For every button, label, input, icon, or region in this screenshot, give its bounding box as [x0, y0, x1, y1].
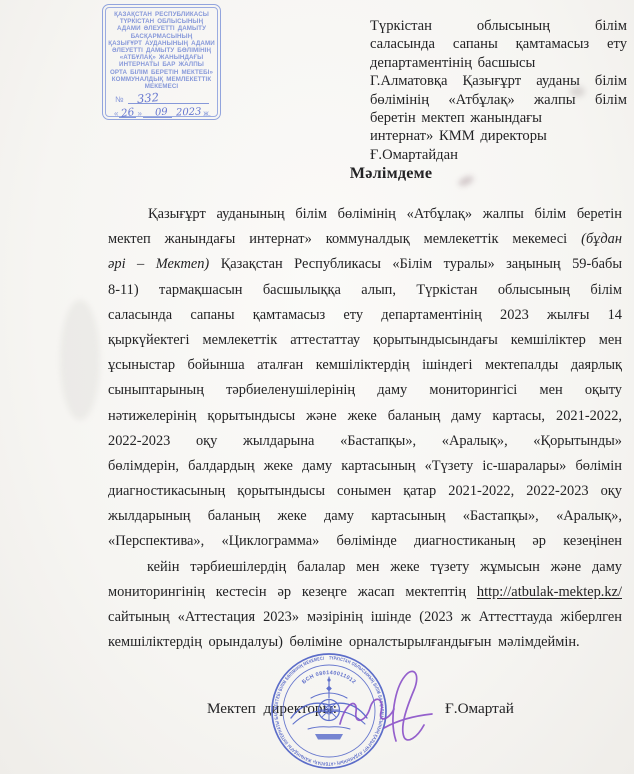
body-segment: кейін тәрбиешілердің балалар мен жеке тү…	[147, 559, 622, 575]
recipient-line: беретін мектеп жанындағы	[370, 109, 627, 127]
body-segment: 2022-2023 оқу жылдарына «Бастапқы», «Ара…	[108, 433, 622, 449]
stamp-line: ОРТА БІЛІМ БЕРЕТІН МЕКТЕБІ»	[106, 69, 217, 76]
body-segment: бөлімдерін, балдардың жеке даму картасын…	[108, 458, 622, 474]
stamp-date-row: « 26 » 09 2023 ж.	[106, 104, 217, 118]
body-line: саласында сапаны қамтамасыз ету департам…	[108, 303, 622, 328]
body-line: диагностикасының қорытындысы сонымен қат…	[108, 479, 622, 504]
body-line: қыркүйектегі мемлекеттік аттестаттау қор…	[108, 328, 622, 353]
document-page: ҚАЗАҚСТАН РЕСПУБЛИКАСЫТҮРКІСТАН ОБЛЫСЫНЫ…	[0, 0, 634, 774]
stamp-line: «АТБҰЛАҚ» ЖАНЫНДАҒЫ	[106, 54, 217, 61]
body-line: «Перспектива», «Циклограмма» бөлімінде д…	[108, 529, 622, 554]
stamp-line: ҚАЗАҚСТАН РЕСПУБЛИКАСЫ	[106, 11, 217, 18]
body-segment: жылдарының баланың жеке даму картасының …	[108, 508, 622, 524]
body-segment: нәтижелерінің қорытындысы және жеке бала…	[108, 408, 622, 424]
body-segment: әрі – Мектеп)	[108, 256, 209, 272]
stamp-line: ҚАЗЫҒҰРТ АУДАНЫНЫҢ АДАМИ	[106, 40, 217, 47]
body-segment: мониторингінің кестесін әр кезеңге жасап…	[108, 584, 477, 600]
body-text: Қазығұрт ауданының білім бөлімінің «Атбұ…	[0, 202, 634, 655]
recipient-line: Г.Алматовқа Қазығұрт ауданы білім	[370, 72, 627, 90]
body-line: сайтының «Аттестация 2023» мәзірінің іші…	[108, 605, 622, 630]
stamp-date-suffix: ж.	[203, 109, 211, 118]
stamp-line: КОММУНАЛДЫҚ МЕМЛЕКЕТТІК	[106, 76, 217, 83]
stamp-open-quote: «	[114, 109, 118, 118]
stamp-day-slot: 26	[119, 103, 136, 118]
body-line: нәтижелерінің қорытындысы және жеке бала…	[108, 404, 622, 429]
stamp-number-row: № 332	[106, 90, 217, 104]
body-line: кейін тәрбиешілердің балалар мен жеке тү…	[108, 555, 622, 580]
recipient-line: саласында сапаны қамтамасыз ету	[370, 35, 627, 53]
body-line: мектеп жанындағы интернат» коммуналдық м…	[108, 227, 622, 252]
body-segment: ұсыныстар бойынша аталған кемшіліктердің…	[108, 357, 622, 373]
stamp-close-quote: »	[137, 109, 141, 118]
recipient-line: бөлімінің «Атбұлақ» жалпы білім	[370, 91, 627, 109]
body-segment: Қазақстан Республикасы «Білім туралы» за…	[209, 256, 622, 272]
corner-stamp-frame: ҚАЗАҚСТАН РЕСПУБЛИКАСЫТҮРКІСТАН ОБЛЫСЫНЫ…	[105, 7, 218, 117]
stamp-org-name: ҚАЗАҚСТАН РЕСПУБЛИКАСЫТҮРКІСТАН ОБЛЫСЫНЫ…	[106, 11, 217, 90]
body-line: жылдарының баланың жеке даму картасының …	[108, 504, 622, 529]
body-line: ұсыныстар бойынша аталған кемшіліктердің…	[108, 353, 622, 378]
body-segment: (бұдан	[581, 231, 622, 247]
body-line: 8-11) тармақшасын басшылыққа алып, Түркі…	[108, 278, 622, 303]
stamp-line: ӘЛЕУЕТТІ ДАМЫТУ БӨЛІМІНІҢ	[106, 47, 217, 54]
body-line: мониторингінің кестесін әр кезеңге жасап…	[108, 580, 622, 605]
body-line: сыныптарының тәрбиеленушілерінің даму мо…	[108, 378, 622, 403]
stamp-date-year: 2023	[176, 107, 202, 119]
body-line: 2022-2023 оқу жылдарына «Бастапқы», «Ара…	[108, 429, 622, 454]
body-segment: Қазығұрт ауданының білім бөлімінің «Атбұ…	[148, 206, 622, 222]
body-url-text: http://atbulak-mektep.kz/	[477, 584, 622, 600]
body-line: Қазығұрт ауданының білім бөлімінің «Атбұ…	[108, 202, 622, 227]
recipient-block: Түркістан облысының білімсаласында сапан…	[370, 17, 627, 164]
stamp-number-slot: 332	[128, 89, 209, 104]
stamp-line: ТҮРКІСТАН ОБЛЫСЫНЫҢ	[106, 18, 217, 25]
recipient-line: Түркістан облысының білім	[370, 17, 627, 35]
corner-stamp: ҚАЗАҚСТАН РЕСПУБЛИКАСЫТҮРКІСТАН ОБЛЫСЫНЫ…	[102, 4, 221, 120]
recipient-line: департаментінің басшысы	[370, 54, 627, 72]
recipient-line: интернат» КММ директоры	[370, 127, 627, 145]
document-title: Мәлімдеме	[160, 164, 622, 183]
stamp-date-day: 26	[121, 106, 136, 120]
stamp-line: ИНТЕРНАТЫ БАР ЖАЛПЫ	[106, 61, 217, 68]
body-segment: мектеп жанындағы интернат» коммуналдық м…	[108, 231, 581, 247]
stamp-month-slot: 09	[143, 103, 172, 118]
stamp-line: АДАМИ ӘЛЕУЕТТІ ДАМЫТУ	[106, 25, 217, 32]
body-segment: диагностикасының қорытындысы сонымен қат…	[108, 483, 622, 499]
body-segment: «Перспектива», «Циклограмма» бөлімінде д…	[108, 533, 622, 549]
signature-autograph	[300, 648, 495, 756]
body-line: әрі – Мектеп) Қазақстан Республикасы «Бі…	[108, 252, 622, 277]
body-segment: саласында сапаны қамтамасыз ету департам…	[108, 307, 622, 323]
body-segment: сыныптарының тәрбиеленушілерінің даму мо…	[108, 382, 622, 398]
stamp-line: БАСҚАРМАСЫНЫҢ	[106, 33, 217, 40]
body-line: бөлімдерін, балдардың жеке даму картасын…	[108, 454, 622, 479]
stamp-date-month: 09	[154, 107, 167, 119]
body-segment: сайтының «Аттестация 2023» мәзірінің іші…	[108, 609, 622, 625]
recipient-line: Ғ.Омартайдан	[370, 146, 627, 164]
body-segment: 8-11) тармақшасын басшылыққа алып, Түркі…	[108, 282, 622, 298]
body-segment: қыркүйектегі мемлекеттік аттестаттау қор…	[108, 332, 622, 348]
